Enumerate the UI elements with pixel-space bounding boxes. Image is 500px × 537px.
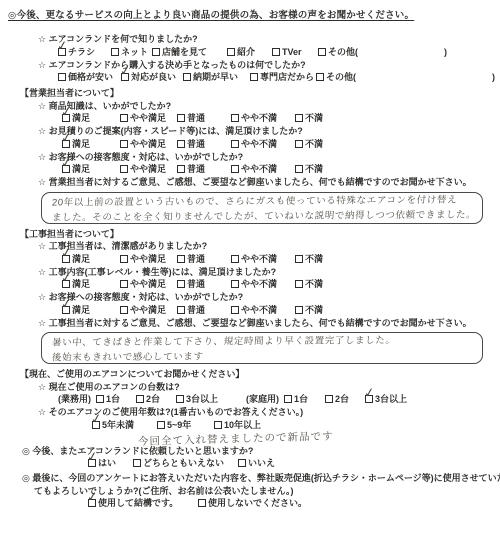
question-label: ☆ お客様への接客態度・対応は、いかがでしたか? xyxy=(38,291,490,304)
checkbox-icon[interactable] xyxy=(295,165,303,173)
checkbox-option[interactable]: ✓5年未満 xyxy=(92,419,157,432)
check-mark-icon: ✓ xyxy=(60,156,73,170)
options-row: ✓満足やや満足普通やや不満不満 xyxy=(62,163,490,176)
checkbox-option[interactable]: 不満 xyxy=(295,163,323,176)
option-label: 普通 xyxy=(187,139,205,149)
question-label: ☆ お客様への接客態度・対応は、いかがでしたか? xyxy=(38,151,490,164)
paren-close: ) xyxy=(492,72,495,82)
section-header: 【工事担当者について】 xyxy=(20,228,490,241)
checkbox-option[interactable]: やや不満 xyxy=(231,138,295,151)
options-row: ✓はいどちらともいえないいいえ xyxy=(88,457,490,470)
checkbox-icon[interactable] xyxy=(325,395,333,403)
option-label: 対応が良い xyxy=(131,72,176,82)
option-label: 使用しないでください。 xyxy=(208,498,307,508)
option-label: 不満 xyxy=(305,279,323,289)
option-label: 使用して結構です。 xyxy=(98,498,178,508)
check-mark-icon: ✓ xyxy=(363,386,376,400)
form-body: ☆ エアコンランドを何で知りましたか?✓チラシネット店舗を見て紹介TVerその他… xyxy=(8,33,490,510)
checkbox-icon[interactable] xyxy=(120,255,128,263)
option-label: 5年未満 xyxy=(102,420,134,430)
checkbox-option[interactable]: やや不満 xyxy=(231,304,295,317)
check-mark-icon: ✓ xyxy=(90,412,103,426)
option-label: やや満足 xyxy=(130,254,166,264)
option-label: 普通 xyxy=(187,254,205,264)
checkbox-option[interactable]: ネット xyxy=(111,46,152,59)
checkbox-option[interactable]: 1台 xyxy=(96,393,136,406)
question-label: ☆ エアコンランドから購入する決め手となったものは何でしたか? xyxy=(38,59,490,72)
option-label: 普通 xyxy=(187,113,205,123)
checkbox-option[interactable]: ✓満足 xyxy=(62,138,120,151)
checkbox-option[interactable]: ✓チラシ xyxy=(58,46,111,59)
checkbox-icon[interactable]: ✓ xyxy=(88,499,96,507)
options-row: ✓チラシネット店舗を見て紹介TVerその他() xyxy=(58,46,490,59)
checkbox-option[interactable]: 納期が早い xyxy=(183,71,250,84)
checkbox-icon[interactable] xyxy=(295,255,303,263)
checkbox-option[interactable]: ✓満足 xyxy=(62,163,120,176)
checkbox-option[interactable]: 1台 xyxy=(284,393,325,406)
checkbox-icon[interactable] xyxy=(176,395,184,403)
option-label: やや満足 xyxy=(130,113,166,123)
checkbox-icon[interactable] xyxy=(152,48,160,56)
checkbox-icon[interactable]: ✓ xyxy=(62,280,70,288)
checkbox-icon[interactable] xyxy=(231,114,239,122)
checkbox-icon[interactable] xyxy=(136,395,144,403)
form-title: ◎今後、更なるサービスの向上とより良い商品の提供の為、お客様の声をお聞かせくださ… xyxy=(8,7,490,21)
options-row: (業務用)1台2台3台以上(家庭用)1台2台✓3台以上 xyxy=(58,393,490,406)
checkbox-icon[interactable] xyxy=(250,73,258,81)
checkbox-option[interactable]: 普通 xyxy=(177,253,231,266)
checkbox-option[interactable]: 不満 xyxy=(295,253,323,266)
option-label: 普通 xyxy=(187,279,205,289)
checkbox-icon[interactable] xyxy=(96,395,104,403)
checkbox-icon[interactable]: ✓ xyxy=(62,255,70,263)
option-label: やや不満 xyxy=(241,164,277,174)
question-label: ☆ お見積りのご提案(内容・スピード等)には、満足頂けましたか? xyxy=(38,125,490,138)
section-header: 【営業担当者について】 xyxy=(20,87,490,100)
question-label: ☆ 工事担当者は、清潔感がありましたか? xyxy=(38,240,490,253)
options-row: ✓満足やや満足普通やや不満不満 xyxy=(62,138,490,151)
checkbox-icon[interactable] xyxy=(177,306,185,314)
question-label: ☆ エアコンランドを何で知りましたか? xyxy=(38,33,490,46)
checkbox-option[interactable]: TVer xyxy=(272,46,318,59)
question-label: ☆ 営業担当者に対するご意見、ご感想、ご要望など御座いましたら、何でも結構ですの… xyxy=(38,176,490,189)
checkbox-icon[interactable]: ✓ xyxy=(62,140,70,148)
checkbox-option[interactable]: 不満 xyxy=(295,112,323,125)
option-label: やや不満 xyxy=(241,254,277,264)
checkbox-icon[interactable] xyxy=(295,114,303,122)
options-row: 価格が安い✓対応が良い納期が早い専門店だからその他() xyxy=(58,71,490,84)
checkbox-icon[interactable]: ✓ xyxy=(121,73,129,81)
checkbox-icon[interactable] xyxy=(316,73,324,81)
option-prefix-label: (家庭用) xyxy=(246,393,284,406)
question-label: ☆ そのエアコンのご使用年数は?(1番古いものでお答えください。) xyxy=(38,406,490,419)
handwritten-line: 後始末もきれいで感心しています xyxy=(51,348,472,364)
checkbox-icon[interactable] xyxy=(177,255,185,263)
options-row: ✓満足やや満足普通やや不満不満 xyxy=(62,253,490,266)
checkbox-option[interactable]: やや満足 xyxy=(120,253,177,266)
checkbox-icon[interactable] xyxy=(133,459,141,467)
option-label: 価格が安い xyxy=(68,72,113,82)
checkbox-icon[interactable] xyxy=(177,114,185,122)
checkbox-option[interactable]: ✓使用して結構です。 xyxy=(88,497,198,510)
option-label: 5~9年 xyxy=(167,420,191,430)
checkbox-icon[interactable]: ✓ xyxy=(58,48,66,56)
checkbox-option[interactable]: やや不満 xyxy=(231,112,295,125)
survey-scan-page: ◎今後、更なるサービスの向上とより良い商品の提供の為、お客様の声をお聞かせくださ… xyxy=(0,0,500,537)
option-label: 不満 xyxy=(305,254,323,264)
checkbox-option[interactable]: 専門店だから xyxy=(250,71,316,84)
option-label: やや満足 xyxy=(130,139,166,149)
checkbox-option[interactable]: ✓対応が良い xyxy=(121,71,183,84)
checkbox-icon[interactable] xyxy=(120,280,128,288)
checkbox-icon[interactable] xyxy=(231,140,239,148)
option-label: 納期が早い xyxy=(193,72,238,82)
option-label: 満足 xyxy=(72,164,90,174)
checkbox-icon[interactable]: ✓ xyxy=(62,165,70,173)
option-label: 1台 xyxy=(294,394,308,404)
option-label: 不満 xyxy=(305,305,323,315)
checkbox-option[interactable]: 2台 xyxy=(325,393,365,406)
checkbox-option[interactable]: 10年以上 xyxy=(214,419,261,432)
option-label: 普通 xyxy=(187,305,205,315)
question-label: ☆ 現在ご使用のエアコンの台数は? xyxy=(38,381,490,394)
checkbox-icon[interactable] xyxy=(231,255,239,263)
checkbox-option[interactable]: どちらともいえない xyxy=(133,457,238,470)
option-label: 普通 xyxy=(187,164,205,174)
option-label: どちらともいえない xyxy=(143,458,224,468)
question-label: ☆ 工事内容(工事レベル・養生等)には、満足頂けましたか? xyxy=(38,266,490,279)
checkbox-option[interactable]: 普通 xyxy=(177,163,231,176)
checkbox-icon[interactable] xyxy=(295,140,303,148)
option-label: 2台 xyxy=(146,394,160,404)
checkbox-option[interactable]: その他() xyxy=(316,71,495,84)
checkbox-option[interactable]: やや満足 xyxy=(120,278,177,291)
option-label: やや満足 xyxy=(130,279,166,289)
handwritten-line: ました。そのことを全く知りませんでしたが、ていねいな説明で納得しつつ依頼できまし… xyxy=(51,207,472,223)
checkbox-option[interactable]: ✓満足 xyxy=(62,304,120,317)
checkbox-option[interactable]: 価格が安い xyxy=(58,71,121,84)
checkbox-icon[interactable]: ✓ xyxy=(88,459,96,467)
options-row: ✓満足やや満足普通やや不満不満 xyxy=(62,278,490,291)
option-label: 満足 xyxy=(72,113,90,123)
option-label: やや不満 xyxy=(241,113,277,123)
checkbox-option[interactable]: 普通 xyxy=(177,112,231,125)
option-label: やや不満 xyxy=(241,279,277,289)
option-label: その他( xyxy=(328,47,358,57)
option-label: その他( xyxy=(326,72,356,82)
checkbox-icon[interactable] xyxy=(295,306,303,314)
check-mark-icon: ✓ xyxy=(60,271,73,285)
question-label: ◎ 最後に、今回のアンケートにお答えいただいた内容を、弊社販売促進(折込チラシ・… xyxy=(22,472,490,485)
options-row: ✓満足やや満足普通やや不満不満 xyxy=(62,112,490,125)
checkbox-option[interactable]: いいえ xyxy=(238,457,275,470)
option-label: 満足 xyxy=(72,139,90,149)
checkbox-option[interactable]: 普通 xyxy=(177,138,231,151)
option-label: やや不満 xyxy=(241,139,277,149)
checkbox-icon[interactable]: ✓ xyxy=(62,114,70,122)
check-mark-icon: ✓ xyxy=(119,64,132,78)
checkbox-option[interactable]: 2台 xyxy=(136,393,176,406)
checkbox-icon[interactable] xyxy=(214,421,222,429)
check-mark-icon: ✓ xyxy=(86,490,99,504)
checkbox-icon[interactable] xyxy=(231,165,239,173)
checkbox-icon[interactable] xyxy=(284,395,292,403)
checkbox-icon[interactable]: ✓ xyxy=(92,421,100,429)
option-label: 店舗を見て xyxy=(162,47,207,57)
question-label: ☆ 工事担当者に対するご意見、ご感想、ご要望など御座いましたら、何でも結構ですの… xyxy=(38,317,490,330)
question-label: てもよろしいでしょうか?(ご住所、お名前は公表いたしません。) xyxy=(34,485,490,498)
option-label: 不満 xyxy=(305,139,323,149)
option-label: 不満 xyxy=(305,113,323,123)
option-label: TVer xyxy=(282,47,302,57)
option-label: (業務用) xyxy=(58,394,91,404)
check-mark-icon: ✓ xyxy=(60,131,73,145)
checkbox-option[interactable]: やや満足 xyxy=(120,112,177,125)
checkbox-icon[interactable] xyxy=(198,499,206,507)
checkbox-option[interactable]: 店舗を見て xyxy=(152,46,227,59)
checkbox-option[interactable]: ✓はい xyxy=(88,457,133,470)
construction-comment-box[interactable]: 暑い中、てきぱきと作業して下さり、規定時間より早く設置完了しました。後始末もきれ… xyxy=(41,332,483,364)
checkbox-option[interactable]: やや満足 xyxy=(120,304,177,317)
checkbox-option[interactable]: やや不満 xyxy=(231,253,295,266)
option-label: チラシ xyxy=(68,47,95,57)
checkbox-option[interactable]: 不満 xyxy=(295,138,323,151)
option-label: はい xyxy=(98,458,116,468)
checkbox-icon[interactable] xyxy=(157,421,165,429)
option-label: 満足 xyxy=(72,305,90,315)
option-label: やや満足 xyxy=(130,305,166,315)
checkbox-option[interactable]: 普通 xyxy=(177,278,231,291)
checkbox-icon[interactable] xyxy=(231,306,239,314)
check-mark-icon: ✓ xyxy=(60,297,73,311)
checkbox-icon[interactable] xyxy=(111,48,119,56)
checkbox-icon[interactable] xyxy=(120,165,128,173)
checkbox-icon[interactable] xyxy=(177,165,185,173)
checkbox-icon[interactable] xyxy=(231,280,239,288)
option-label: 10年以上 xyxy=(224,420,261,430)
checkbox-icon[interactable] xyxy=(120,114,128,122)
check-mark-icon: ✓ xyxy=(86,450,99,464)
checkbox-icon[interactable] xyxy=(227,48,235,56)
option-label: いいえ xyxy=(248,458,275,468)
option-label: 2台 xyxy=(335,394,349,404)
checkbox-icon[interactable] xyxy=(183,73,191,81)
checkbox-option[interactable]: 紹介 xyxy=(227,46,272,59)
paren-close: ) xyxy=(444,47,447,57)
option-label: やや不満 xyxy=(241,305,277,315)
checkbox-option[interactable]: 5~9年 xyxy=(157,419,214,432)
option-label: ネット xyxy=(121,47,148,57)
check-mark-icon: ✓ xyxy=(60,105,73,119)
checkbox-option[interactable]: 不満 xyxy=(295,304,323,317)
checkbox-option[interactable]: ✓3台以上 xyxy=(365,393,407,406)
option-label: 1台 xyxy=(106,394,120,404)
checkbox-option[interactable]: ✓満足 xyxy=(62,278,120,291)
checkbox-icon[interactable] xyxy=(272,48,280,56)
checkbox-option[interactable]: その他() xyxy=(318,46,447,59)
checkbox-icon[interactable] xyxy=(295,280,303,288)
option-label: 満足 xyxy=(72,254,90,264)
checkbox-icon[interactable] xyxy=(318,48,326,56)
checkbox-option[interactable]: ✓満足 xyxy=(62,112,120,125)
option-label: 紹介 xyxy=(237,47,255,57)
section-header: 【現在、ご使用のエアコンについてお聞かせください】 xyxy=(20,368,490,381)
check-mark-icon: ✓ xyxy=(60,246,73,260)
option-label: やや満足 xyxy=(130,164,166,174)
option-label: 不満 xyxy=(305,164,323,174)
checkbox-option[interactable]: 使用しないでください。 xyxy=(198,497,307,510)
checkbox-icon[interactable] xyxy=(120,140,128,148)
checkbox-option[interactable]: 不満 xyxy=(295,278,323,291)
checkbox-option[interactable]: やや満足 xyxy=(120,138,177,151)
sales-comment-box[interactable]: 20年以上前の設置という古いもので、さらにガスも使っている特殊なエアコンを付け替… xyxy=(41,192,483,224)
checkbox-option[interactable]: 3台以上 xyxy=(176,393,246,406)
option-prefix-label: (業務用) xyxy=(58,393,96,406)
options-row: ✓使用して結構です。使用しないでください。 xyxy=(88,497,490,510)
checkbox-option[interactable]: やや不満 xyxy=(231,278,295,291)
checkbox-option[interactable]: やや不満 xyxy=(231,163,295,176)
checkbox-icon[interactable] xyxy=(177,280,185,288)
checkbox-icon[interactable]: ✓ xyxy=(62,306,70,314)
check-mark-icon: ✓ xyxy=(56,39,69,53)
question-label: ☆ 商品知識は、いかがでしたか? xyxy=(38,100,490,113)
checkbox-option[interactable]: やや満足 xyxy=(120,163,177,176)
option-label: 専門店だから xyxy=(260,72,314,82)
option-label: 3台以上 xyxy=(375,394,407,404)
checkbox-option[interactable]: 普通 xyxy=(177,304,231,317)
checkbox-icon[interactable]: ✓ xyxy=(365,395,373,403)
checkbox-option[interactable]: ✓満足 xyxy=(62,253,120,266)
checkbox-icon[interactable] xyxy=(58,73,66,81)
option-label: 3台以上 xyxy=(186,394,218,404)
checkbox-icon[interactable] xyxy=(238,459,246,467)
checkbox-icon[interactable] xyxy=(177,140,185,148)
checkbox-icon[interactable] xyxy=(120,306,128,314)
option-label: (家庭用) xyxy=(246,394,279,404)
option-label: 満足 xyxy=(72,279,90,289)
options-row: ✓満足やや満足普通やや不満不満 xyxy=(62,304,490,317)
